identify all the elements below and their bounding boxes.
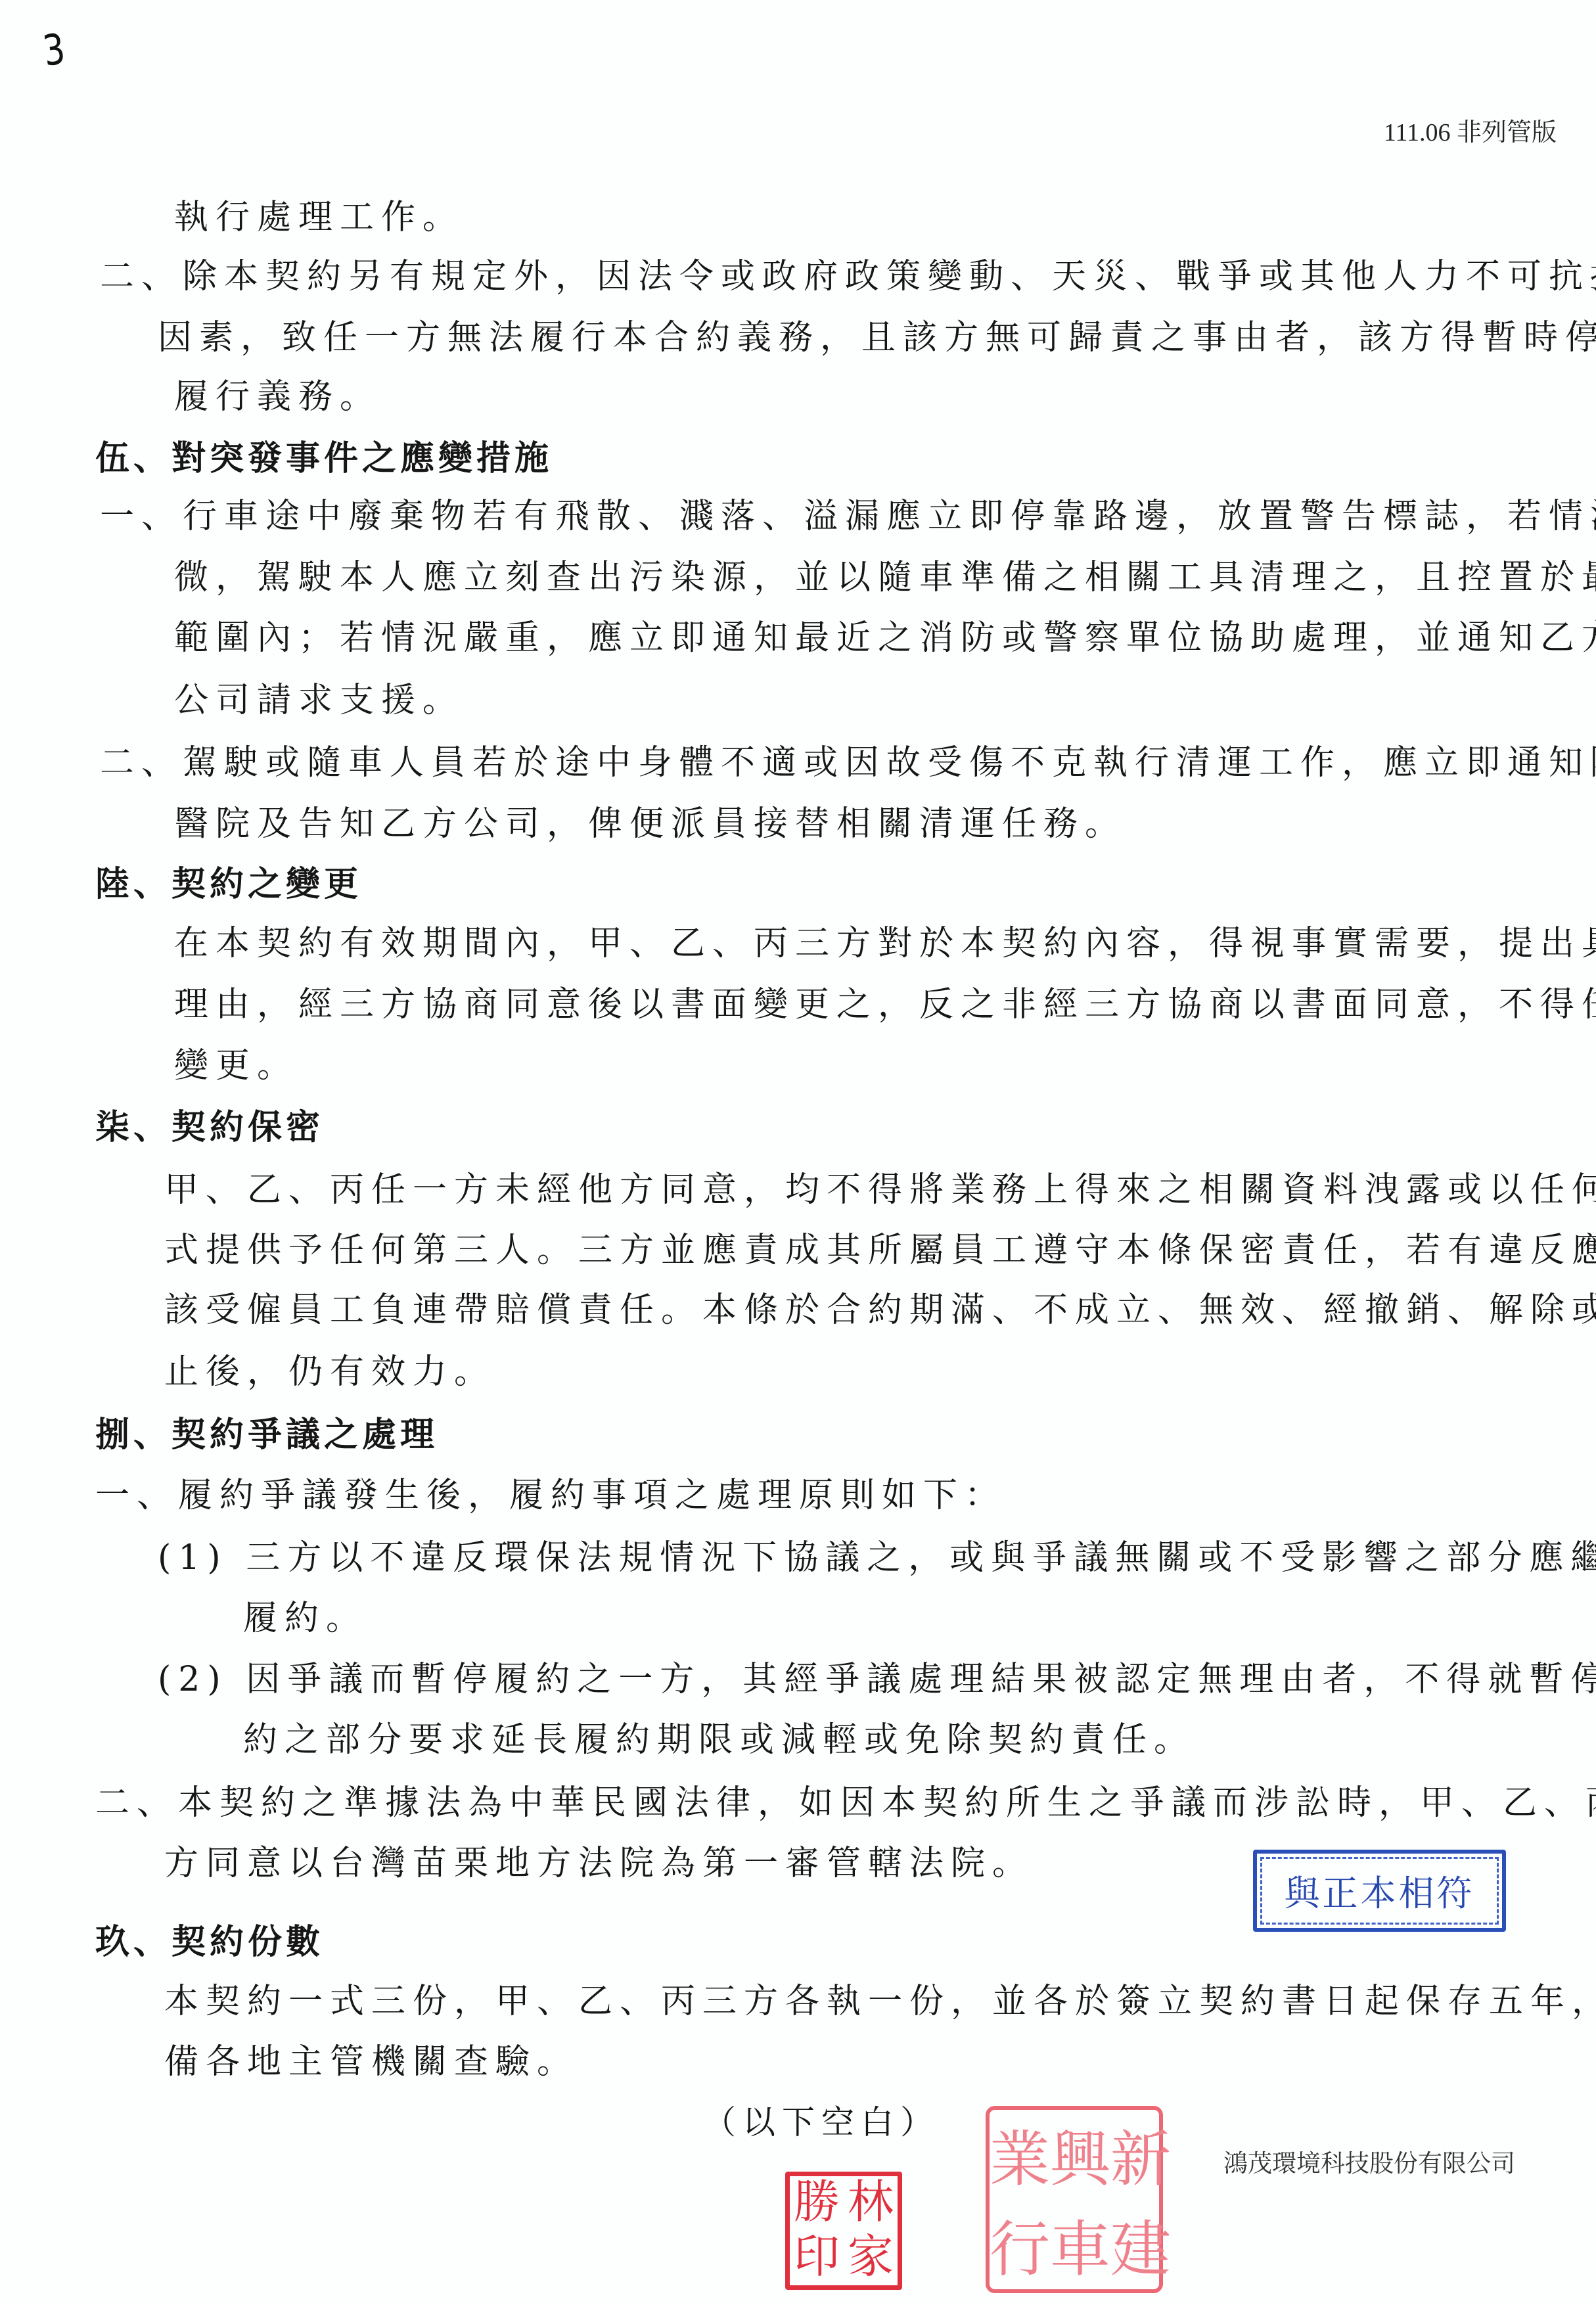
seal-char: 家 [844,2231,898,2285]
body-line: 止後，仍有效力。 [164,1355,495,1389]
seal-char: 行 [990,2201,1050,2288]
body-line: 式提供予任何第三人。三方並應責成其所屬員工遵守本條保密責任，若有違反應與 [164,1233,1596,1267]
body-line: (1) 三方以不違反環保法規情況下協議之，或與爭議無關或不受影響之部分應繼續 [158,1541,1596,1575]
body-line: (2) 因爭議而暫停履約之一方，其經爭議處理結果被認定無理由者，不得就暫停履 [158,1662,1596,1697]
body-line: 履行義務。 [174,380,381,414]
body-line: 一、行車途中廢棄物若有飛散、濺落、溢漏應立即停靠路邊，放置警告標誌，若情況輕 [100,499,1596,534]
body-line: 執行處理工作。 [174,200,464,235]
blank-below-note: （以下空白） [703,2096,940,2143]
version-label: 111.06 非列管版 [1384,112,1557,148]
body-line: 理由，經三方協商同意後以書面變更之，反之非經三方協商以書面同意，不得任意 [174,988,1596,1022]
body-line: 甲、乙、丙任一方未經他方同意，均不得將業務上得來之相關資料洩露或以任何方 [164,1173,1596,1207]
body-line: 範圍內；若情況嚴重，應立即通知最近之消防或警察單位協助處理，並通知乙方 [174,621,1596,655]
body-line: 該受僱員工負連帶賠償責任。本條於合約期滿、不成立、無效、經撤銷、解除或終 [164,1293,1596,1327]
seal-char: 車 [1050,2201,1110,2288]
seal-char: 業 [990,2111,1050,2198]
seal-char: 新 [1110,2111,1171,2198]
body-line: 二、駕駛或隨車人員若於途中身體不適或因故受傷不克執行清運工作，應立即通知附近 [100,746,1596,780]
body-line: 二、除本契約另有規定外，因法令或政府政策變動、天災、戰爭或其他人力不可抗拒之 [100,260,1596,294]
body-line: 在本契約有效期間內，甲、乙、丙三方對於本契約內容，得視事實需要，提出具體 [174,926,1596,961]
section-heading: 伍、對突發事件之應變措施 [95,442,553,476]
body-line: 方同意以台灣苗栗地方法院為第一審管轄法院。 [164,1846,1034,1881]
personal-seal: 勝 林 印 家 [785,2172,902,2290]
body-line: 本契約一式三份，甲、乙、丙三方各執一份，並各於簽立契約書日起保存五年，以 [164,1984,1596,2019]
body-line: 微，駕駛本人應立刻查出污染源，並以隨車準備之相關工具清理之，且控置於最小 [174,560,1596,595]
handwritten-page-number: 3 [40,25,68,76]
seal-char: 印 [790,2231,844,2285]
seal-char: 林 [844,2176,898,2231]
certified-copy-stamp: 與正本相符 [1253,1850,1506,1932]
section-heading: 陸、契約之變更 [95,867,362,901]
company-name: 鴻茂環境科技股份有限公司 [1223,2143,1515,2179]
section-heading: 玖、契約份數 [95,1925,324,1959]
body-line: 一、履約爭議發生後，履約事項之處理原則如下： [95,1478,1006,1513]
seal-char: 興 [1050,2111,1110,2198]
section-heading: 柒、契約保密 [95,1110,324,1145]
section-heading: 捌、契約爭議之處理 [95,1418,438,1452]
body-line: 醫院及告知乙方公司，俾便派員接替相關清運任務。 [174,807,1126,841]
body-line: 約之部分要求延長履約期限或減輕或免除契約責任。 [243,1723,1195,1757]
body-line: 公司請求支援。 [174,683,464,718]
seal-char: 建 [1110,2201,1171,2288]
body-line: 二、本契約之準據法為中華民國法律，如因本契約所生之爭議而涉訟時，甲、乙、丙三 [95,1786,1596,1820]
seal-char: 勝 [790,2176,844,2231]
body-line: 因素，致任一方無法履行本合約義務，且該方無可歸責之事由者，該方得暫時停止 [158,321,1596,355]
body-line: 備各地主管機關查驗。 [164,2045,578,2079]
body-line: 變更。 [174,1049,298,1083]
company-seal: 業 行 興 車 新 建 [986,2106,1163,2293]
body-line: 履約。 [243,1601,367,1635]
